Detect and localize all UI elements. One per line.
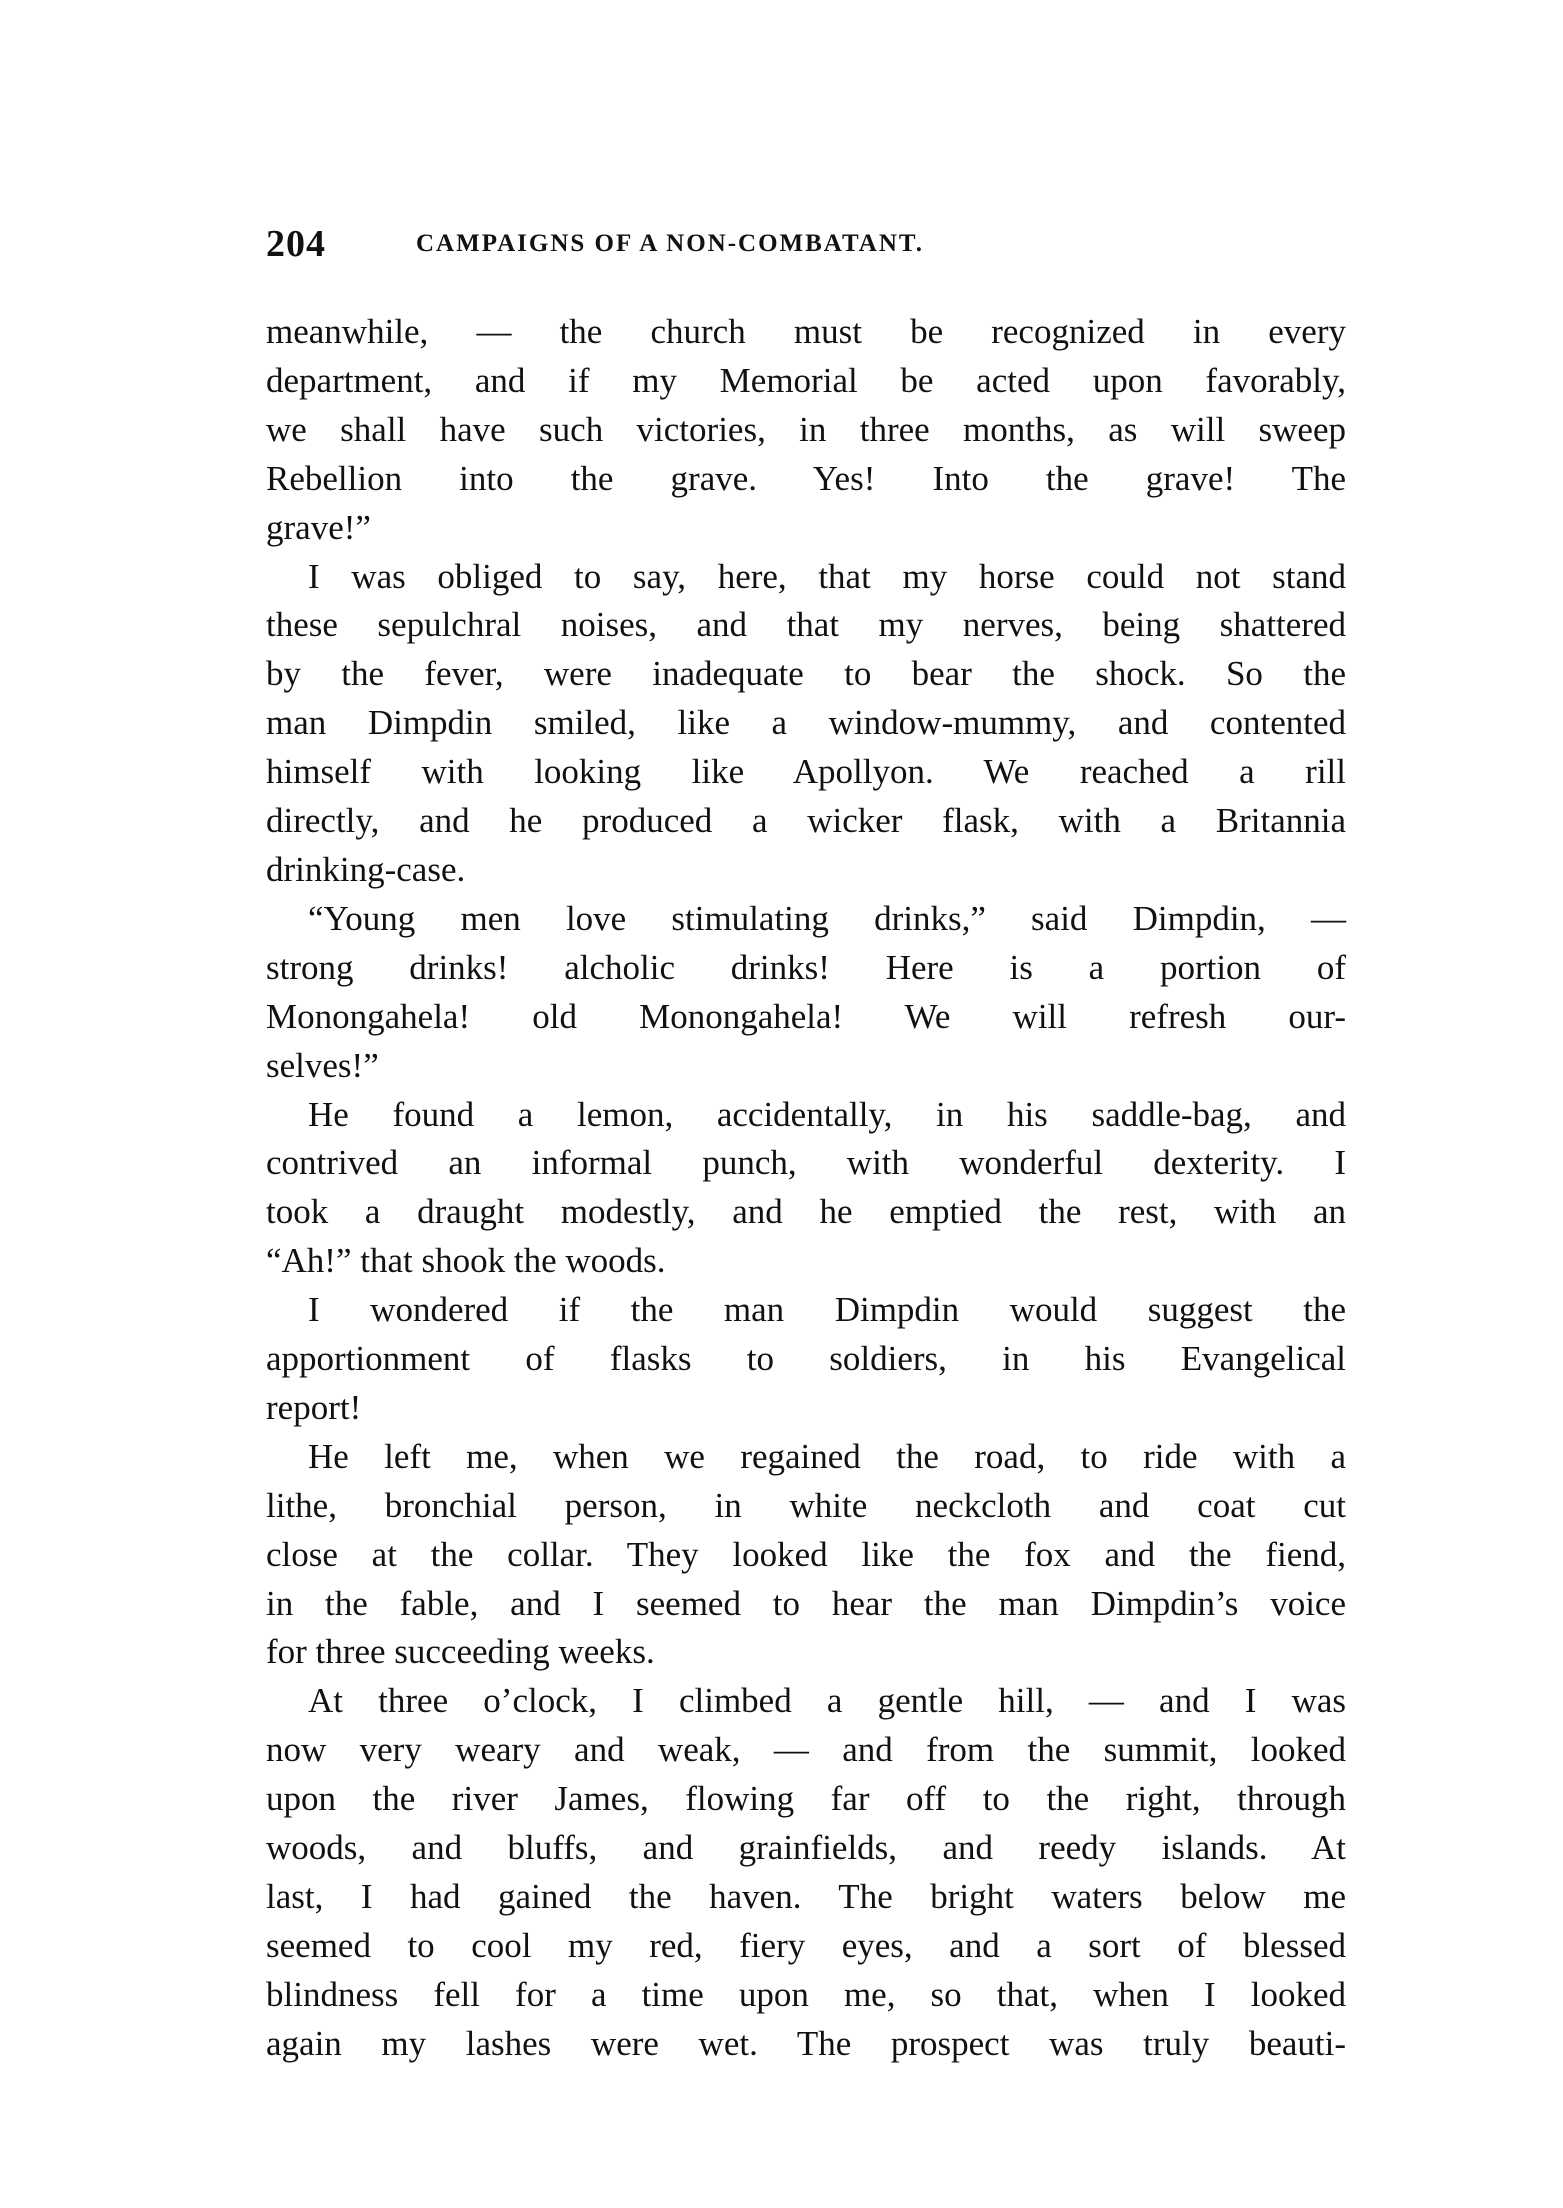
text-line: drinking-case. — [266, 846, 1346, 895]
running-title: CAMPAIGNS OF A NON-COMBATANT. — [416, 230, 924, 258]
paragraph: I was obliged to say, here, that my hors… — [266, 553, 1346, 895]
paragraph: “Young men love stimulating drinks,” sai… — [266, 895, 1346, 1091]
paragraph: meanwhile, — the church must be recogniz… — [266, 308, 1346, 553]
text-line: took a draught modestly, and he emptied … — [266, 1188, 1346, 1237]
paragraph: He found a lemon, accidentally, in his s… — [266, 1091, 1346, 1287]
text-line: close at the collar. They looked like th… — [266, 1531, 1346, 1580]
text-line: He found a lemon, accidentally, in his s… — [266, 1091, 1346, 1140]
text-line: At three o’clock, I climbed a gentle hil… — [266, 1677, 1346, 1726]
text-line: “Ah!” that shook the woods. — [266, 1237, 1346, 1286]
text-line: again my lashes were wet. The prospect w… — [266, 2020, 1346, 2069]
text-line: in the fable, and I seemed to hear the m… — [266, 1580, 1346, 1629]
text-line: strong drinks! alcholic drinks! Here is … — [266, 944, 1346, 993]
text-line: selves!” — [266, 1042, 1346, 1091]
text-line: himself with looking like Apollyon. We r… — [266, 748, 1346, 797]
text-line: last, I had gained the haven. The bright… — [266, 1873, 1346, 1922]
text-line: by the fever, were inadequate to bear th… — [266, 650, 1346, 699]
body-text: meanwhile, — the church must be recogniz… — [266, 308, 1346, 2069]
paragraph: He left me, when we regained the road, t… — [266, 1433, 1346, 1678]
text-line: we shall have such victories, in three m… — [266, 406, 1346, 455]
text-line: “Young men love stimulating drinks,” sai… — [266, 895, 1346, 944]
text-line: apportionment of flasks to soldiers, in … — [266, 1335, 1346, 1384]
text-line: now very weary and weak, — and from the … — [266, 1726, 1346, 1775]
text-line: blindness fell for a time upon me, so th… — [266, 1971, 1346, 2020]
text-line: for three succeeding weeks. — [266, 1628, 1346, 1677]
page-number: 204 — [266, 222, 326, 266]
text-line: grave!” — [266, 504, 1346, 553]
text-line: seemed to cool my red, fiery eyes, and a… — [266, 1922, 1346, 1971]
running-head: 204 CAMPAIGNS OF A NON-COMBATANT. — [266, 222, 1346, 266]
text-line: report! — [266, 1384, 1346, 1433]
text-line: these sepulchral noises, and that my ner… — [266, 601, 1346, 650]
text-line: meanwhile, — the church must be recogniz… — [266, 308, 1346, 357]
text-line: woods, and bluffs, and grainfields, and … — [266, 1824, 1346, 1873]
text-line: directly, and he produced a wicker flask… — [266, 797, 1346, 846]
text-line: department, and if my Memorial be acted … — [266, 357, 1346, 406]
text-line: man Dimpdin smiled, like a window-mummy,… — [266, 699, 1346, 748]
paragraph: I wondered if the man Dimpdin would sugg… — [266, 1286, 1346, 1433]
text-line: upon the river James, flowing far off to… — [266, 1775, 1346, 1824]
text-line: I was obliged to say, here, that my hors… — [266, 553, 1346, 602]
text-line: I wondered if the man Dimpdin would sugg… — [266, 1286, 1346, 1335]
text-line: He left me, when we regained the road, t… — [266, 1433, 1346, 1482]
text-line: Monongahela! old Monongahela! We will re… — [266, 993, 1346, 1042]
text-line: contrived an informal punch, with wonder… — [266, 1139, 1346, 1188]
text-line: Rebellion into the grave. Yes! Into the … — [266, 455, 1346, 504]
book-page: 204 CAMPAIGNS OF A NON-COMBATANT. meanwh… — [266, 222, 1346, 2069]
paragraph: At three o’clock, I climbed a gentle hil… — [266, 1677, 1346, 2068]
text-line: lithe, bronchial person, in white neckcl… — [266, 1482, 1346, 1531]
